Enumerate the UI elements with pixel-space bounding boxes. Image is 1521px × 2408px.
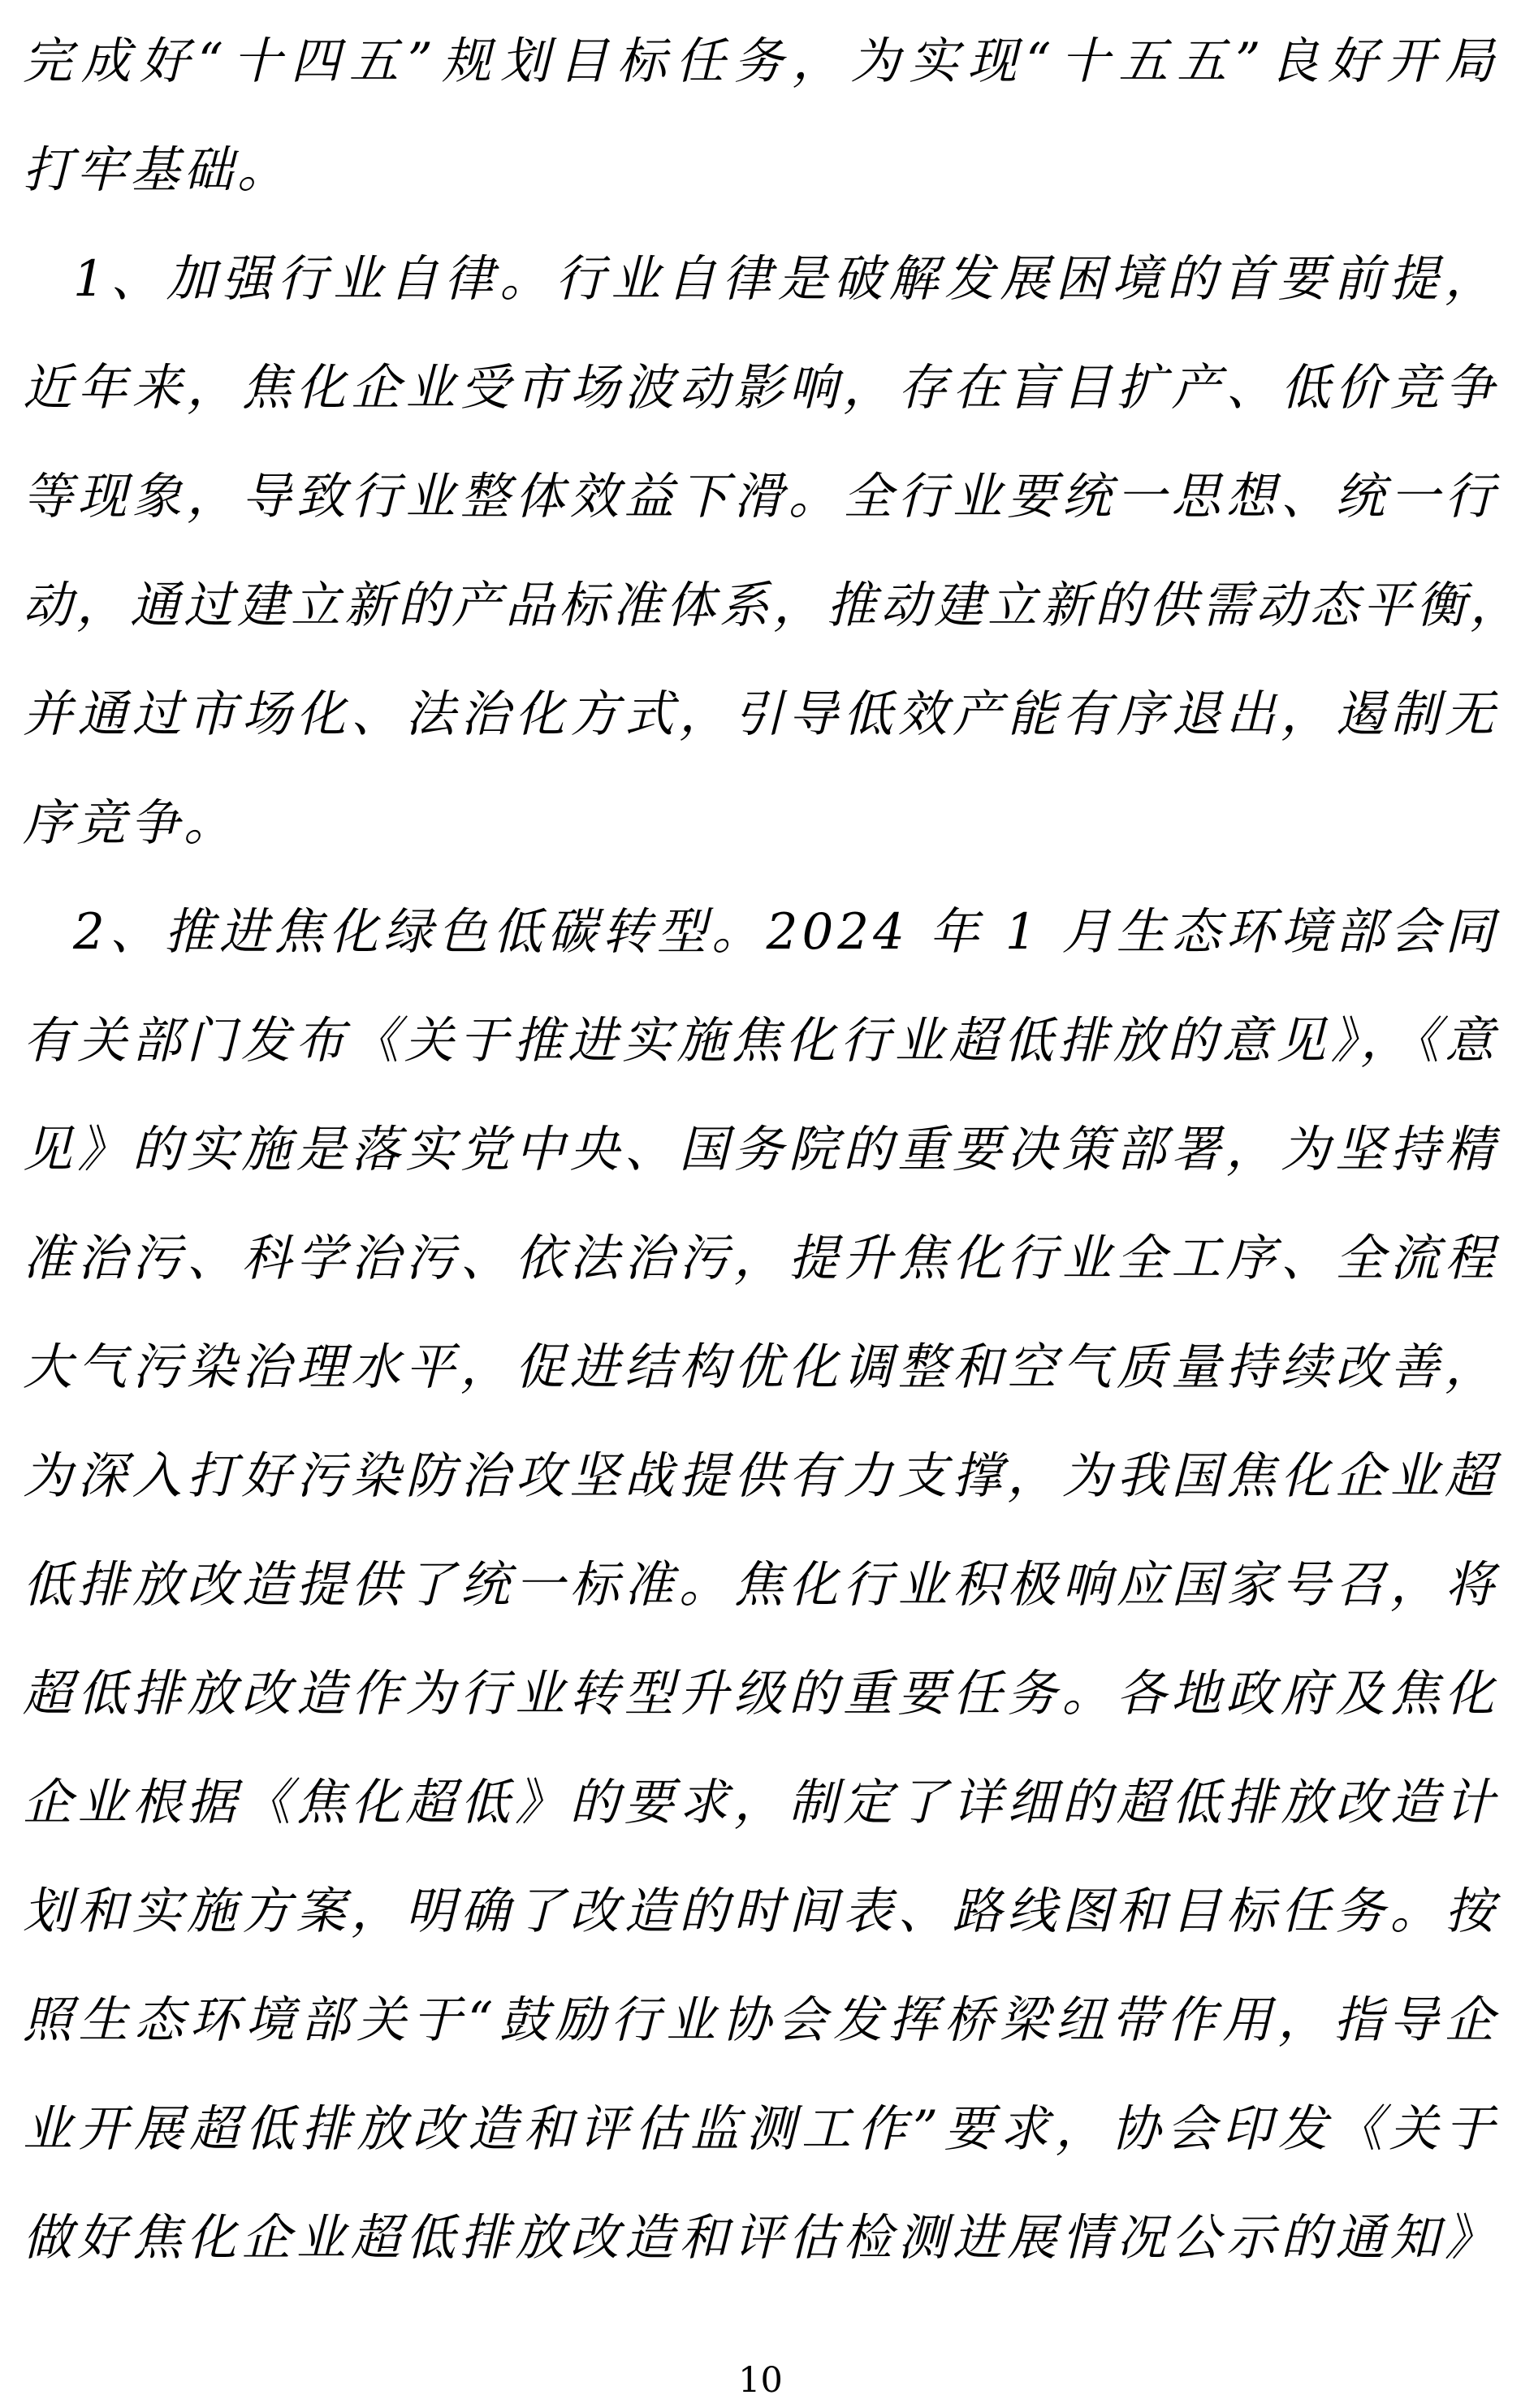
document-page: 完成好“十四五”规划目标任务，为实现“十五五”良好开局 打牢基础。 1、加强行业… xyxy=(0,0,1521,2408)
text-line: 准治污、科学治污、依法治污，提升焦化行业全工序、全流程 xyxy=(23,1204,1498,1313)
document-body: 完成好“十四五”规划目标任务，为实现“十五五”良好开局 打牢基础。 1、加强行业… xyxy=(23,7,1498,2293)
text-line: 划和实施方案，明确了改造的时间表、路线图和目标任务。按 xyxy=(23,1857,1498,1966)
text-line: 打牢基础。 xyxy=(23,116,1498,225)
text-line: 动，通过建立新的产品标准体系，推动建立新的供需动态平衡， xyxy=(23,551,1498,660)
text-line: 企业根据《焦化超低》的要求，制定了详细的超低排放改造计 xyxy=(23,1749,1498,1857)
text-line: 业开展超低排放改造和评估监测工作”要求，协会印发《关于 xyxy=(23,2075,1498,2184)
text-line: 为深入打好污染防治攻坚战提供有力支撑，为我国焦化企业超 xyxy=(23,1422,1498,1531)
text-line: 完成好“十四五”规划目标任务，为实现“十五五”良好开局 xyxy=(23,7,1498,116)
text-line: 序竞争。 xyxy=(23,769,1498,878)
text-line: 近年来，焦化企业受市场波动影响，存在盲目扩产、低价竞争 xyxy=(23,334,1498,443)
text-line: 并通过市场化、法治化方式，引导低效产能有序退出，遏制无 xyxy=(23,660,1498,769)
text-line: 有关部门发布《关于推进实施焦化行业超低排放的意见》，《意 xyxy=(23,987,1498,1096)
text-line: 1、加强行业自律。行业自律是破解发展困境的首要前提， xyxy=(23,225,1498,334)
text-line: 见》的实施是落实党中央、国务院的重要决策部署，为坚持精 xyxy=(23,1096,1498,1204)
text-line: 照生态环境部关于“鼓励行业协会发挥桥梁纽带作用，指导企 xyxy=(23,1966,1498,2075)
page-footer: 10 xyxy=(0,2363,1521,2398)
text-line: 大气污染治理水平，促进结构优化调整和空气质量持续改善， xyxy=(23,1313,1498,1422)
text-line: 2、推进焦化绿色低碳转型。2024 年 1 月生态环境部会同 xyxy=(23,878,1498,987)
page-number: 10 xyxy=(738,2360,783,2401)
text-line: 等现象，导致行业整体效益下滑。全行业要统一思想、统一行 xyxy=(23,443,1498,551)
text-line: 做好焦化企业超低排放改造和评估检测进展情况公示的通知》 xyxy=(23,2184,1498,2293)
text-line: 低排放改造提供了统一标准。焦化行业积极响应国家号召，将 xyxy=(23,1531,1498,1640)
text-line: 超低排放改造作为行业转型升级的重要任务。各地政府及焦化 xyxy=(23,1640,1498,1749)
